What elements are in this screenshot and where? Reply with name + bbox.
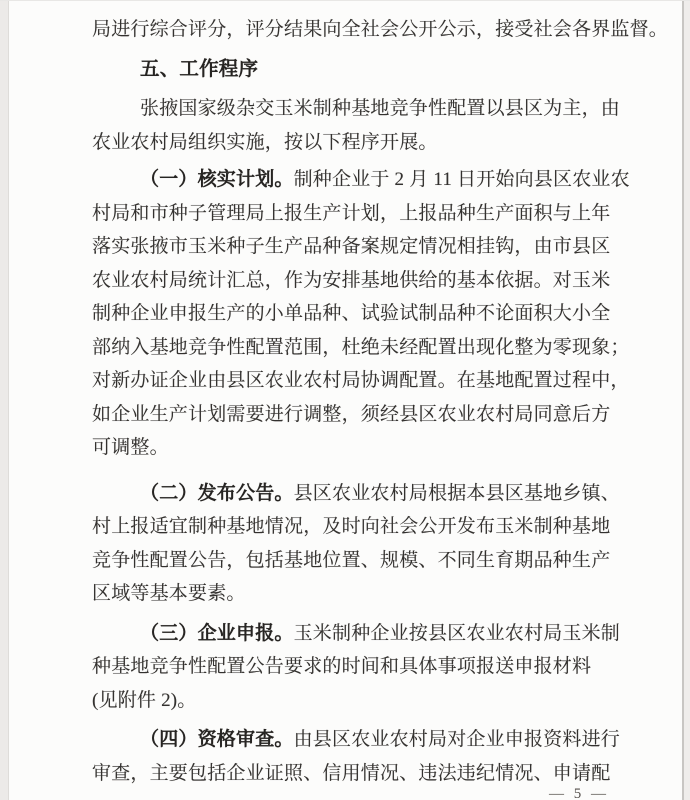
text-line-item-4: （四）资格审查。由县区农业农村局对企业申报资料进行 [92,723,667,757]
scan-right-margin [684,1,690,800]
text-line: 种基地竞争性配置公告要求的时间和具体事项报送申报材料 [92,650,667,684]
scanned-document-page: 局进行综合评分，评分结果向全社会公开公示，接受社会各界监督。 五、工作程序 张掖… [0,0,690,800]
text-line-continuation: 局进行综合评分，评分结果向全社会公开公示，接受社会各界监督。 [92,13,667,47]
line-text: 县区农业农村局根据本县区基地乡镇、 [294,483,620,504]
line-text: 由县区农业农村局对企业申报资料进行 [294,729,620,750]
section-heading: 五、工作程序 [92,53,667,87]
line-text: 区域等基本要素。 [92,583,246,604]
text-line: 农业农村局组织实施，按以下程序开展。 [92,126,667,160]
scan-left-edge [0,1,9,800]
line-text: 可调整。 [92,437,169,458]
line-text: 村局和市种子管理局上报生产计划，上报品种生产面积与上年 [92,203,610,224]
line-text: 农业农村局组织实施，按以下程序开展。 [92,132,438,153]
line-text: 部纳入基地竞争性配置范围，杜绝未经配置出现化整为零现象； [92,337,630,358]
line-text: 落实张掖市玉米种子生产品种备案规定情况相挂钩，由市县区 [92,236,610,257]
section-label: （一）核实计划。 [140,169,294,190]
text-line: 部纳入基地竞争性配置范围，杜绝未经配置出现化整为零现象； [92,331,667,365]
text-line: 张掖国家级杂交玉米制种基地竞争性配置以县区为主，由 [92,92,667,126]
text-line: 竞争性配置公告，包括基地位置、规模、不同生育期品种生产 [92,544,667,578]
text-line: 制种企业申报生产的小单品种、试验试制品种不论面积大小全 [92,297,667,331]
line-text: 对新办证企业由县区农业农村局协调配置。在基地配置过程中， [92,370,630,391]
line-text: 农业农村局统计汇总，作为安排基地供给的基本依据。对玉米 [92,270,610,291]
text-line: 落实张掖市玉米种子生产品种备案规定情况相挂钩，由市县区 [92,230,667,264]
line-text: 局进行综合评分，评分结果向全社会公开公示，接受社会各界监督。 [92,19,668,40]
line-text: 张掖国家级杂交玉米制种基地竞争性配置以县区为主，由 [140,98,620,119]
text-line: 村局和市种子管理局上报生产计划，上报品种生产面积与上年 [92,197,667,231]
line-text: 如企业生产计划需要进行调整，须经县区农业农村局同意后方 [92,404,610,425]
line-text: 审查，主要包括企业证照、信用情况、违法违纪情况、申请配 [92,763,610,784]
line-text: 种基地竞争性配置公告要求的时间和具体事项报送申报材料 [92,656,591,677]
text-line-item-1: （一）核实计划。制种企业于 2 月 11 日开始向县区农业农 [92,163,667,197]
text-line: 可调整。 [92,431,667,465]
text-line: (见附件 2)。 [92,684,667,718]
text-line-item-2: （二）发布公告。县区农业农村局根据本县区基地乡镇、 [92,477,667,511]
section-label: （三）企业申报。 [140,623,294,644]
line-text: (见附件 2)。 [92,690,197,711]
text-line: 村上报适宜制种基地情况，及时向社会公开发布玉米制种基地 [92,510,667,544]
section-label: （二）发布公告。 [140,483,294,504]
page-number: — 5 — [549,786,609,800]
line-text: 村上报适宜制种基地情况，及时向社会公开发布玉米制种基地 [92,516,610,537]
line-text: 制种企业申报生产的小单品种、试验试制品种不论面积大小全 [92,303,610,324]
text-line-item-3: （三）企业申报。玉米制种企业按县区农业农村局玉米制 [92,617,667,651]
heading-text: 五、工作程序 [140,59,258,80]
text-line: 区域等基本要素。 [92,577,667,611]
text-line: 如企业生产计划需要进行调整，须经县区农业农村局同意后方 [92,398,667,432]
document-body: 局进行综合评分，评分结果向全社会公开公示，接受社会各界监督。 五、工作程序 张掖… [92,13,667,790]
text-line: 对新办证企业由县区农业农村局协调配置。在基地配置过程中， [92,364,667,398]
text-line: 审查，主要包括企业证照、信用情况、违法违纪情况、申请配 [92,757,667,791]
line-text: 竞争性配置公告，包括基地位置、规模、不同生育期品种生产 [92,550,610,571]
line-text: 玉米制种企业按县区农业农村局玉米制 [294,623,620,644]
section-label: （四）资格审查。 [140,729,294,750]
line-text: 制种企业于 2 月 11 日开始向县区农业农 [294,169,630,190]
text-line: 农业农村局统计汇总，作为安排基地供给的基本依据。对玉米 [92,264,667,298]
